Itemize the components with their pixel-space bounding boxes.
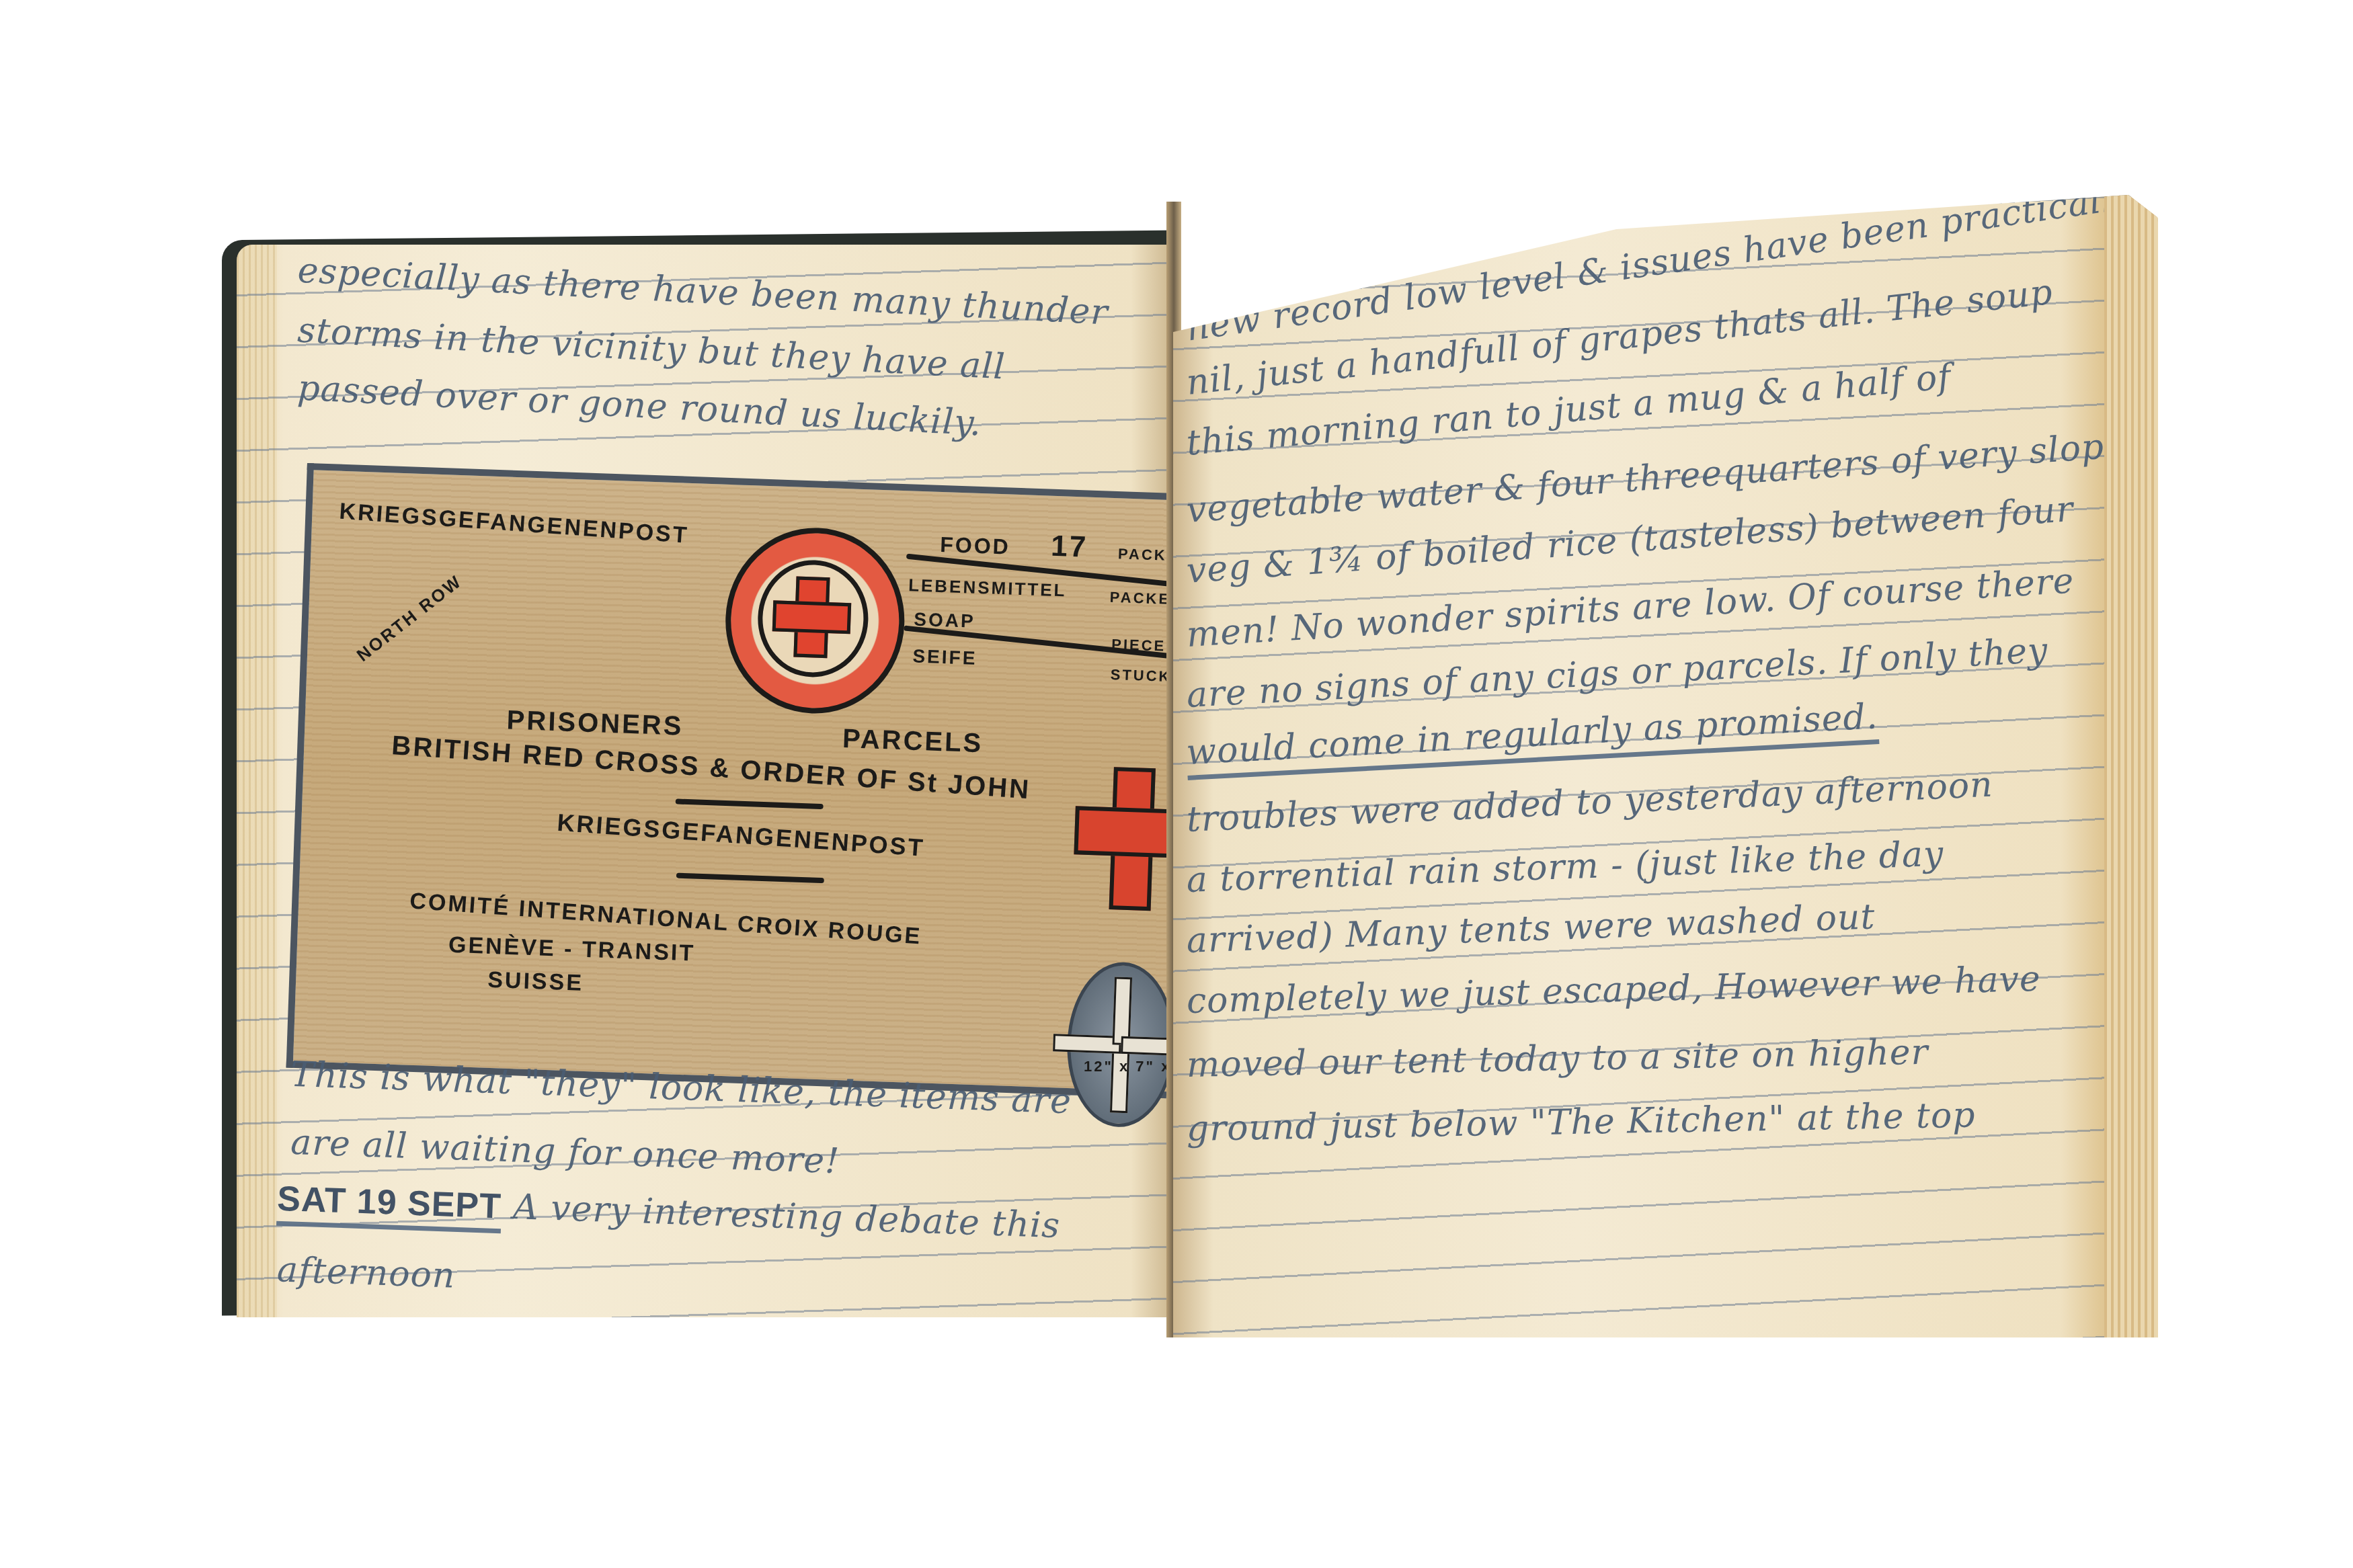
contents-item: FOOD <box>940 532 1011 560</box>
divider <box>676 798 824 809</box>
label-subheader: KRIEGSGEFANGENENPOST <box>556 809 926 862</box>
contents-unit: STUCK <box>1110 666 1171 686</box>
address-line: GENÈVE - TRANSIT <box>448 932 695 967</box>
red-cross-roundel-icon <box>723 525 908 716</box>
label-title-left: PRISONERS <box>506 706 684 742</box>
red-cross-icon-bar <box>1074 806 1171 858</box>
contents-qty: 17 <box>1050 530 1088 565</box>
divider <box>676 873 824 884</box>
address-line: SUISSE <box>487 967 584 997</box>
parcel-label-drawing: KRIEGSGEFANGENENPOST NORTH ROW FOOD 17 P… <box>286 463 1171 1098</box>
open-notebook: especially as there have been many thund… <box>222 222 2158 1337</box>
entry-date: SAT 19 SEPT <box>276 1180 502 1234</box>
contents-unit: PACKET <box>1109 589 1171 609</box>
contents-unit: PIECE <box>1111 636 1166 655</box>
right-page: new record low level & issues have been … <box>1173 195 2158 1337</box>
label-title-right: PARCELS <box>842 724 984 759</box>
contents-unit: PACKET <box>1118 545 1171 565</box>
contents-item: SEIFE <box>912 646 978 669</box>
left-page: especially as there have been many thund… <box>237 245 1171 1317</box>
contents-item: LEBENSMITTEL <box>908 575 1067 601</box>
label-header: KRIEGSGEFANGENENPOST <box>338 499 689 549</box>
north-row-stamp: NORTH ROW <box>353 571 467 666</box>
handwritten-line: afternoon <box>276 1249 456 1296</box>
dimensions-caption: 12" x 7" x 5" <box>1084 1058 1171 1075</box>
